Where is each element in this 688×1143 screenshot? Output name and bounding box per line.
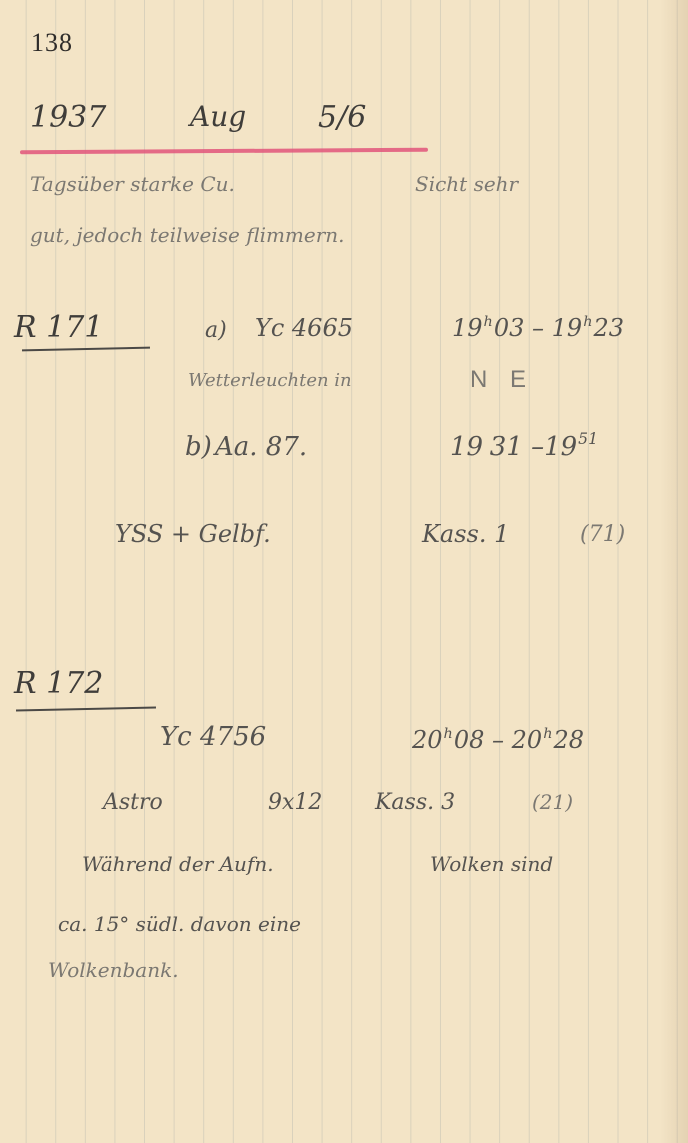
r171-note: Wetterleuchten in bbox=[188, 370, 352, 391]
r172-format: 9x12 bbox=[268, 790, 322, 815]
page-number: 138 bbox=[31, 28, 73, 58]
notebook-page: 138 1937 Aug 5/6 Tagsüber starke Cu. Sic… bbox=[0, 0, 688, 1143]
r172-note-line2: ca. 15° südl. davon eine bbox=[58, 912, 301, 936]
r172-note-line3: Wolkenbank. bbox=[48, 958, 179, 982]
r172-time: 20h08 – 20h28 bbox=[412, 726, 584, 754]
r171-b-time: 19 31 –1951 bbox=[450, 430, 599, 462]
r171-b-label: b) bbox=[185, 432, 212, 462]
heading-year: 1937 bbox=[30, 100, 106, 135]
r171-cassette: Kass. 1 bbox=[422, 520, 509, 548]
entry-id-r171: R 171 bbox=[14, 310, 103, 345]
heading-day: 5/6 bbox=[318, 100, 366, 135]
entry-underline-r172 bbox=[16, 707, 156, 712]
r171-plate: YSS + Gelbf. bbox=[115, 520, 271, 548]
r172-note-line1-part2: Wolken sind bbox=[430, 852, 553, 876]
r172-cassette: Kass. 3 bbox=[375, 790, 455, 815]
heading-underline bbox=[20, 148, 428, 154]
intro-line1-part2: Sicht sehr bbox=[415, 172, 518, 196]
entry-underline-r171 bbox=[22, 347, 150, 352]
heading-month: Aug bbox=[190, 100, 246, 133]
entry-id-r172: R 172 bbox=[14, 666, 103, 701]
r172-ref: (21) bbox=[532, 790, 573, 814]
r171-a-label: a) bbox=[205, 318, 227, 343]
r171-ref: (71) bbox=[580, 522, 625, 547]
r171-note-direction: N E bbox=[470, 366, 534, 394]
intro-line1-part1: Tagsüber starke Cu. bbox=[30, 172, 235, 196]
r172-object: Yc 4756 bbox=[160, 722, 266, 752]
r171-a-time: 19h03 – 19h23 bbox=[452, 314, 624, 342]
intro-line2: gut, jedoch teilweise flimmern. bbox=[30, 223, 345, 247]
r171-a-object: Yc 4665 bbox=[255, 314, 353, 342]
r172-note-line1-part1: Während der Aufn. bbox=[82, 852, 274, 876]
r172-plate: Astro bbox=[103, 790, 163, 815]
r171-b-object: Aa. 87. bbox=[215, 432, 307, 462]
